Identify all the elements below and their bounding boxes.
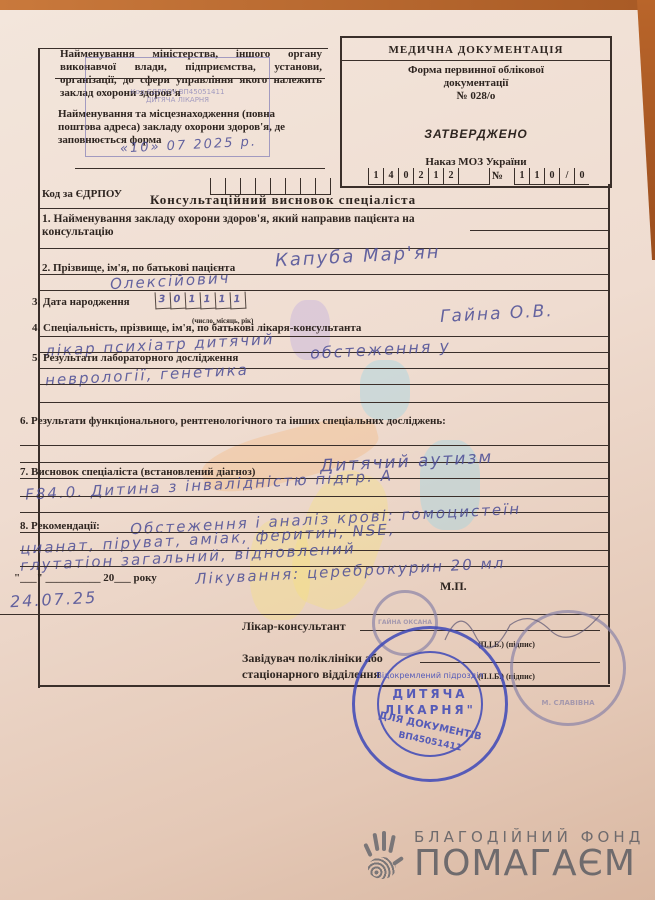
signature-scribble	[440, 600, 620, 660]
header-right-block: МЕДИЧНА ДОКУМЕНТАЦІЯ Форма первинної обл…	[340, 36, 612, 188]
birthdate-cells: 301111	[155, 292, 246, 309]
lab-results-line1: обстеження у	[310, 336, 452, 362]
mp-label: М.П.	[440, 580, 467, 593]
rect-stamp-line: ДИТЯЧА ЛІКАРНЯ	[86, 96, 269, 104]
edrpou-label: Код за ЄДРПОУ	[42, 188, 122, 201]
handwritten-date: 24.07.25	[10, 588, 98, 612]
order-no-label: №	[492, 170, 503, 183]
head-label-line1: Завідувач поліклініки або	[242, 652, 383, 665]
consultant-name: Гайна О.В.	[440, 301, 555, 327]
field1-label: 1. Найменування закладу охорони здоров'я…	[42, 213, 462, 239]
stamp-line: Відокремлений підрозділ	[355, 671, 505, 680]
patient-surname-name: Капуба Мар'ян	[275, 242, 441, 272]
order-number-cells: 110/0	[514, 168, 589, 185]
field3-label: 3. Дата народження	[32, 296, 130, 309]
stamp-line: ДИТЯЧА	[355, 687, 505, 701]
approved-label: ЗАТВЕРДЖЕНО	[342, 128, 610, 141]
field6-label: 6. Результати функціонального, рентгенол…	[20, 415, 446, 428]
fund-name: ПОМАГАЄМ	[414, 846, 644, 882]
rect-stamp-line: Код ЄДРПОУ ВП45051411	[86, 88, 269, 96]
consultant-label: Лікар-консультант	[242, 620, 346, 633]
date-template: "___" __________ 20___ року	[14, 572, 157, 585]
watermark-shape	[360, 360, 410, 420]
hand-icon	[360, 829, 408, 881]
form-title: Консультаційний висновок спеціаліста	[150, 193, 416, 206]
section-title: МЕДИЧНА ДОКУМЕНТАЦІЯ	[342, 44, 610, 57]
form-line2: документації	[342, 77, 610, 90]
charity-fund-logo: БЛАГОДІЙНИЙ ФОНД ПОМАГАЄМ	[360, 828, 644, 882]
form-number: № 028/о	[342, 90, 610, 103]
form-line1: Форма первинної облікової	[342, 64, 610, 77]
order-date-cells: 140212	[368, 168, 490, 185]
medical-form-028o: Найменування міністерства, іншого органу…	[0, 0, 655, 900]
